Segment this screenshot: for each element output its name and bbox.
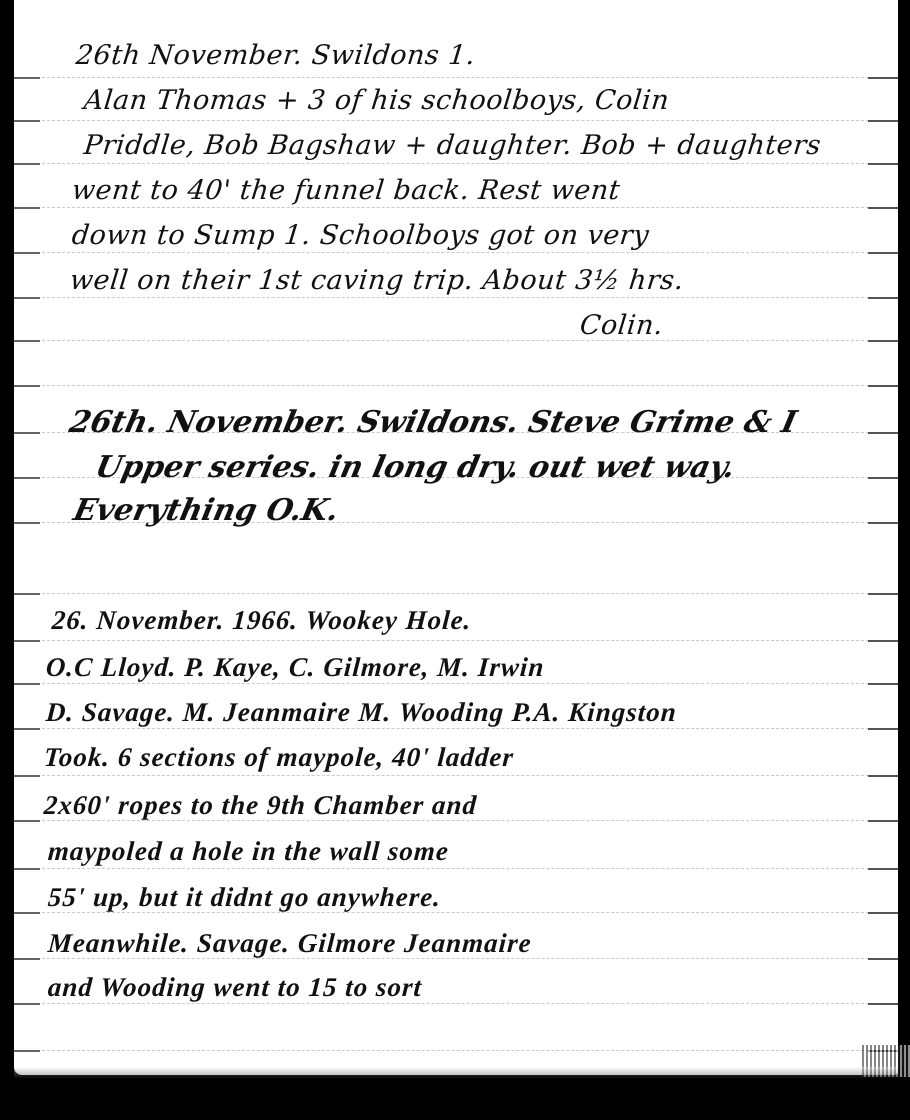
entry-3-line: Meanwhile. Savage. Gilmore Jeanmaire xyxy=(47,928,533,959)
entry-1-line: Alan Thomas + 3 of his schoolboys, Colin xyxy=(82,85,670,116)
ruled-line xyxy=(22,775,894,776)
entry-1-line: Priddle, Bob Bagshaw + daughter. Bob + d… xyxy=(82,130,822,161)
ruled-line xyxy=(22,1050,894,1051)
ruled-line xyxy=(22,120,894,121)
entry-3-line: 55' up, but it didnt go anywhere. xyxy=(47,882,442,913)
entry-3-line: O.C Lloyd. P. Kaye, C. Gilmore, M. Irwin xyxy=(45,652,546,683)
ruled-line xyxy=(22,868,894,869)
entry-1-line: well on their 1st caving trip. About 3½ … xyxy=(68,265,685,296)
scan-border-right xyxy=(897,0,910,1120)
page-edge xyxy=(14,1067,898,1079)
entry-1-heading: 26th November. Swildons 1. xyxy=(74,40,477,71)
entry-2-heading: 26th. November. Swildons. Steve Grime & … xyxy=(66,405,800,440)
ruled-line xyxy=(22,728,894,729)
entry-2-line: Everything O.K. xyxy=(70,493,342,528)
entry-3-line: 2x60' ropes to the 9th Chamber and xyxy=(43,790,478,821)
ruled-line xyxy=(22,1003,894,1004)
entry-3-line: Took. 6 sections of maypole, 40' ladder xyxy=(43,742,515,773)
ruled-line xyxy=(22,163,894,164)
ruled-line xyxy=(22,593,894,594)
entry-1-line: down to Sump 1. Schoolboys got on very xyxy=(70,220,650,251)
entry-3-line: maypoled a hole in the wall some xyxy=(47,836,450,867)
ruled-line xyxy=(22,77,894,78)
entry-1-signature: Colin. xyxy=(578,310,664,341)
ruled-line xyxy=(22,297,894,298)
ruled-line xyxy=(22,340,894,341)
ruled-line xyxy=(22,385,894,386)
ruled-line xyxy=(22,207,894,208)
notebook-page: 26th November. Swildons 1. Alan Thomas +… xyxy=(14,0,898,1075)
ruled-line xyxy=(22,683,894,684)
entry-3-heading: 26. November. 1966. Wookey Hole. xyxy=(51,605,473,636)
ruled-line xyxy=(22,640,894,641)
entry-3-line: and Wooding went to 15 to sort xyxy=(47,972,423,1003)
entry-2-line: Upper series. in long dry. out wet way. xyxy=(92,450,738,485)
entry-1-line: went to 40' the funnel back. Rest went xyxy=(70,175,621,206)
entry-3-line: D. Savage. M. Jeanmaire M. Wooding P.A. … xyxy=(45,697,678,728)
ruled-line xyxy=(22,252,894,253)
